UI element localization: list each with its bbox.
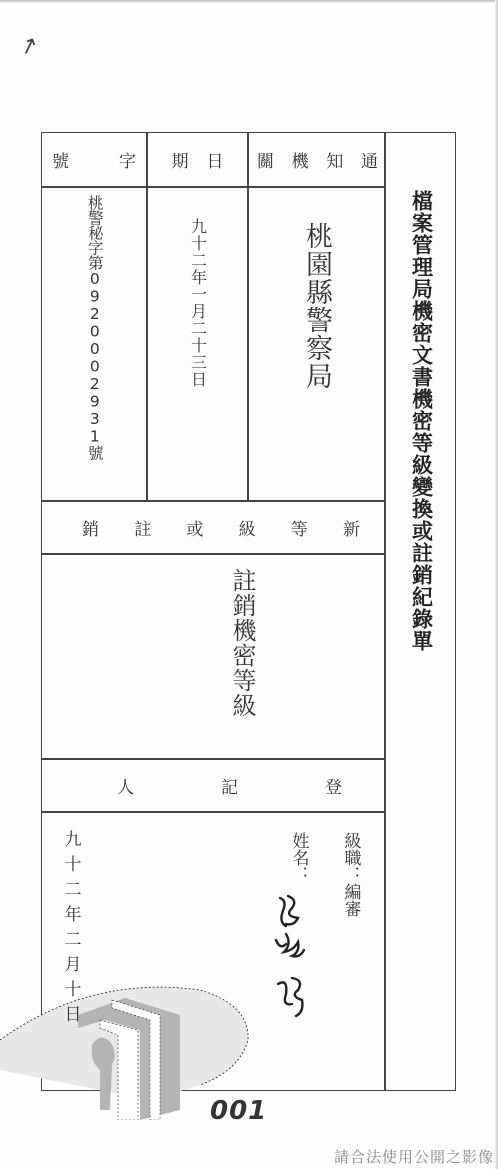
form-title-cell: 檔案管理局機密文書機密等級變換或註銷紀錄單 [386,190,456,750]
scan-edge-top [0,0,498,3]
registrant-header: 人 記 登 [42,759,384,811]
header-agency: 關 機 知 通 [249,133,384,186]
notice-date-value: 九十二年一月二十三日 [190,218,206,388]
header-agency-char-2: 機 [292,147,309,172]
new-level-header-char-3: 或 [186,515,203,540]
doc-number-cell: 桃警秘字第0920002931號 [42,195,146,495]
agency-cell: 桃園縣警察局 [249,222,384,422]
header-agency-char-3: 知 [326,147,343,172]
new-level-header-char-4: 級 [239,515,256,540]
new-level-value: 註銷機密等級 [230,568,254,718]
handwritten-corner-mark: ↗ [16,32,42,62]
rule-header-bottom [41,186,385,188]
position-value: 編審 [341,883,361,917]
new-level-header-char-2: 註 [134,515,151,540]
header-date-char-1: 期 [172,147,189,172]
header-date: 期 日 [148,133,247,186]
registrant-name: 姓名： [280,832,316,892]
registration-date-cell: 九十二年二月十日 [52,830,88,1080]
handwritten-signature-icon [262,888,324,1028]
new-level-cell: 註銷機密等級 [42,568,384,753]
header-date-char-2: 日 [207,147,224,172]
rule-registrant-header-bottom [41,811,385,813]
doc-number-value: 桃警秘字第0920002931號 [86,195,102,460]
header-doc-number-char-1: 號 [52,147,69,172]
form-title: 檔案管理局機密文書機密等級變換或註銷紀錄單 [411,190,432,652]
registrant-header-char-3: 登 [325,773,342,798]
new-level-header-char-1: 銷 [82,515,99,540]
registrant-header-char-2: 記 [221,773,238,798]
registration-date-value: 九十二年二月十日 [62,830,79,1030]
notice-date-cell: 九十二年一月二十三日 [148,218,247,478]
registrant-position: 級職：編審 [332,832,368,942]
header-doc-number: 號 字 [42,133,146,186]
agency-value: 桃園縣警察局 [303,222,330,390]
usage-notice-watermark: 請合法使用公開之影像 [334,1146,494,1167]
header-agency-char-1: 關 [257,147,274,172]
registrant-header-char-1: 人 [117,773,134,798]
position-label: 級職： [341,832,361,883]
header-doc-number-char-2: 字 [119,147,136,172]
position-field: 級職：編審 [342,832,359,917]
header-agency-char-4: 通 [361,147,378,172]
name-label: 姓名： [290,832,307,883]
page-number: 001 [210,1096,267,1126]
rule-newlevel-header-bottom [41,553,385,555]
new-level-header-char-5: 等 [291,515,308,540]
new-level-header: 銷 註 或 級 等 新 [42,501,384,553]
new-level-header-char-6: 新 [343,515,360,540]
